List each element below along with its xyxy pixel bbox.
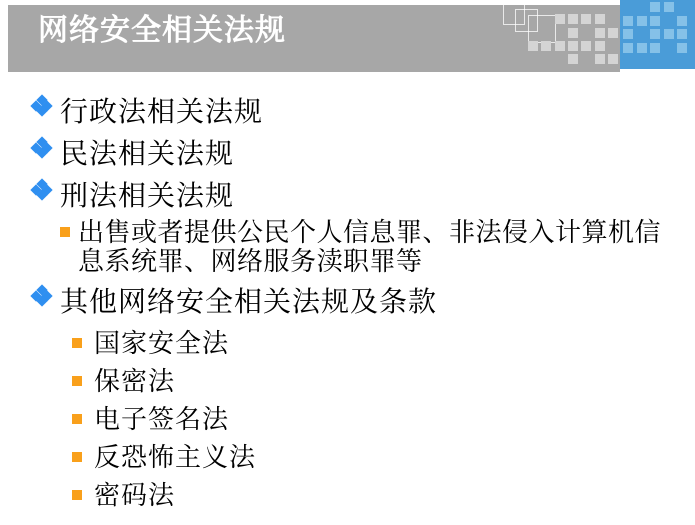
list-item-text: 保密法 bbox=[94, 362, 175, 400]
list-item-text: 民法相关法规 bbox=[60, 134, 234, 174]
list-item-text: 反恐怖主义法 bbox=[94, 438, 256, 476]
bullet-list: 行政法相关法规 民法相关法规 刑法相关法规 出售或者提供公民个人信息罪、非法侵入… bbox=[0, 72, 695, 514]
list-item-level2: 出售或者提供公民个人信息罪、非法侵入计算机信息系统罪、网络服务渎职罪等 bbox=[60, 218, 695, 276]
slide-title: 网络安全相关法规 bbox=[8, 5, 620, 49]
list-item-text: 密码法 bbox=[94, 476, 175, 514]
list-item-level1: 其他网络安全相关法规及条款 bbox=[30, 282, 695, 322]
bullet-cell bbox=[30, 176, 60, 216]
bullet-cell bbox=[30, 282, 60, 322]
list-item-text: 国家安全法 bbox=[94, 324, 229, 362]
bullet-cell bbox=[30, 92, 60, 132]
list-item-text: 出售或者提供公民个人信息罪、非法侵入计算机信息系统罪、网络服务渎职罪等 bbox=[78, 218, 683, 276]
list-item-level2: 密码法 bbox=[72, 476, 695, 514]
list-item-text: 行政法相关法规 bbox=[60, 92, 263, 132]
list-item-level2: 国家安全法 bbox=[72, 324, 695, 362]
list-item-level2: 反恐怖主义法 bbox=[72, 438, 695, 476]
list-item-level2: 电子签名法 bbox=[72, 400, 695, 438]
slide: 网络安全相关法规 行政法相关法规 民法相关法规 刑法相关法规 出售或者提供公民个… bbox=[0, 0, 695, 525]
list-item-level1: 刑法相关法规 bbox=[30, 176, 695, 216]
square-bullet-icon bbox=[60, 227, 70, 237]
list-item-text: 其他网络安全相关法规及条款 bbox=[60, 282, 437, 322]
accent-block bbox=[620, 0, 695, 69]
square-bullet-icon bbox=[72, 338, 82, 348]
list-item-level2: 保密法 bbox=[72, 362, 695, 400]
list-item-text: 刑法相关法规 bbox=[60, 176, 234, 216]
bullet-cell bbox=[30, 134, 60, 174]
list-item-text: 电子签名法 bbox=[94, 400, 229, 438]
square-bullet-icon bbox=[72, 376, 82, 386]
square-bullet-icon bbox=[72, 414, 82, 424]
list-item-level1: 民法相关法规 bbox=[30, 134, 695, 174]
square-bullet-icon bbox=[72, 452, 82, 462]
square-bullet-icon bbox=[72, 490, 82, 500]
title-bar: 网络安全相关法规 bbox=[8, 5, 620, 72]
list-item-level1: 行政法相关法规 bbox=[30, 92, 695, 132]
